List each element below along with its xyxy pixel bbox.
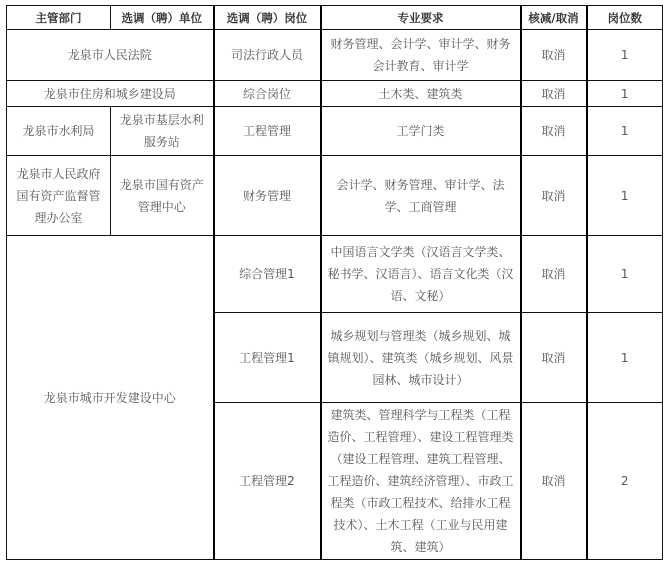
action-cell: 取消 — [521, 403, 587, 560]
major-cell: 城乡规划与管理类（城乡规划、城镇规划）、建筑类（城乡规划、风景园林、城市设计） — [321, 313, 521, 403]
dept-cell: 龙泉市人民法院 — [7, 30, 214, 81]
dept-cell: 龙泉市水利局 — [7, 107, 111, 156]
header-major: 专业要求 — [321, 6, 521, 30]
major-cell: 工学门类 — [321, 107, 521, 156]
header-post: 选调（聘）岗位 — [214, 6, 321, 30]
count-cell: 1 — [587, 236, 663, 313]
major-cell: 中国语言文学类（汉语言文学类、秘书学、汉语言）、语言文化类（汉语、文秘） — [321, 236, 521, 313]
action-cell: 取消 — [521, 107, 587, 156]
action-cell: 取消 — [521, 81, 587, 107]
count-cell: 1 — [587, 81, 663, 107]
post-cell: 综合岗位 — [214, 81, 321, 107]
dept-cell: 龙泉市城市开发建设中心 — [7, 236, 214, 560]
post-cell: 综合管理1 — [214, 236, 321, 313]
unit-cell: 龙泉市基层水利服务站 — [111, 107, 214, 156]
major-cell: 财务管理、会计学、审计学、财务会计教育、审计学 — [321, 30, 521, 81]
major-cell: 建筑类、管理科学与工程类（工程造价、工程管理）、建设工程管理类（建设工程管理、建… — [321, 403, 521, 560]
table-row: 龙泉市城市开发建设中心 综合管理1 中国语言文学类（汉语言文学类、秘书学、汉语言… — [7, 236, 663, 313]
action-cell: 取消 — [521, 30, 587, 81]
count-cell: 1 — [587, 30, 663, 81]
table-row: 龙泉市住房和城乡建设局 综合岗位 土木类、建筑类 取消 1 — [7, 81, 663, 107]
count-cell: 1 — [587, 107, 663, 156]
major-cell: 会计学、财务管理、审计学、法学、工商管理 — [321, 156, 521, 236]
post-cell: 工程管理2 — [214, 403, 321, 560]
action-cell: 取消 — [521, 313, 587, 403]
post-cell: 工程管理1 — [214, 313, 321, 403]
post-cell: 工程管理 — [214, 107, 321, 156]
major-cell: 土木类、建筑类 — [321, 81, 521, 107]
header-action: 核减/取消 — [521, 6, 587, 30]
header-row: 主管部门 选调（聘）单位 选调（聘）岗位 专业要求 核减/取消 岗位数 — [7, 6, 663, 30]
table-row: 龙泉市人民政府国有资产监督管理办公室 龙泉市国有资产管理中心 财务管理 会计学、… — [7, 156, 663, 236]
post-cell: 司法行政人员 — [214, 30, 321, 81]
unit-cell: 龙泉市国有资产管理中心 — [111, 156, 214, 236]
dept-cell: 龙泉市住房和城乡建设局 — [7, 81, 214, 107]
header-unit: 选调（聘）单位 — [111, 6, 214, 30]
count-cell: 1 — [587, 156, 663, 236]
header-count: 岗位数 — [587, 6, 663, 30]
header-dept: 主管部门 — [7, 6, 111, 30]
action-cell: 取消 — [521, 156, 587, 236]
count-cell: 1 — [587, 313, 663, 403]
post-cell: 财务管理 — [214, 156, 321, 236]
adjustment-table: 主管部门 选调（聘）单位 选调（聘）岗位 专业要求 核减/取消 岗位数 龙泉市人… — [6, 5, 663, 560]
table-row: 龙泉市人民法院 司法行政人员 财务管理、会计学、审计学、财务会计教育、审计学 取… — [7, 30, 663, 81]
count-cell: 2 — [587, 403, 663, 560]
table-row: 龙泉市水利局 龙泉市基层水利服务站 工程管理 工学门类 取消 1 — [7, 107, 663, 156]
action-cell: 取消 — [521, 236, 587, 313]
dept-cell: 龙泉市人民政府国有资产监督管理办公室 — [7, 156, 111, 236]
